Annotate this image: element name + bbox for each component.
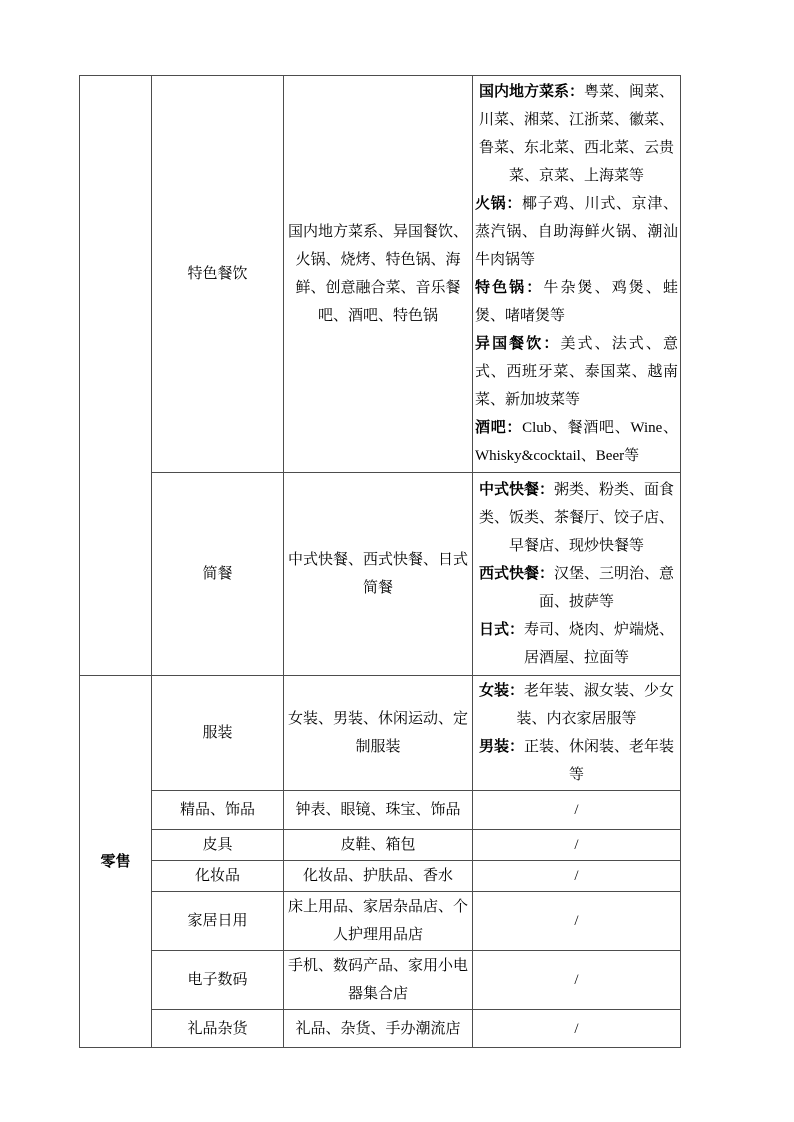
description-cell: 手机、数码产品、家用小电器集合店	[284, 951, 473, 1010]
description-cell: 礼品、杂货、手办潮流店	[284, 1010, 473, 1048]
description-cell: 女装、男装、休闲运动、定制服装	[284, 676, 473, 791]
table-row: 家居日用 床上用品、家居杂品店、个人护理用品店 /	[80, 892, 681, 951]
document-page: 特色餐饮 国内地方菜系、异国餐饮、火锅、烧烤、特色锅、海鲜、创意融合菜、音乐餐吧…	[0, 0, 794, 1122]
details-cell-slash: /	[473, 791, 681, 830]
category-cell: 特色餐饮	[152, 76, 284, 473]
detail-paragraph: 日式：寿司、烧肉、炉端烧、居酒屋、拉面等	[475, 616, 678, 672]
description-cell: 国内地方菜系、异国餐饮、火锅、烧烤、特色锅、海鲜、创意融合菜、音乐餐吧、酒吧、特…	[284, 76, 473, 473]
detail-paragraph: 中式快餐：粥类、粉类、面食类、饭类、茶餐厅、饺子店、早餐店、现炒快餐等	[475, 476, 678, 560]
detail-text: 正装、休闲装、老年装等	[524, 739, 674, 783]
detail-label: 酒吧：	[475, 420, 522, 436]
description-cell: 皮鞋、箱包	[284, 830, 473, 861]
detail-paragraph: 国内地方菜系：粤菜、闽菜、川菜、湘菜、江浙菜、徽菜、鲁菜、东北菜、西北菜、云贵菜…	[475, 78, 678, 190]
category-cell: 家居日用	[152, 892, 284, 951]
detail-paragraph: 酒吧：Club、餐酒吧、Wine、Whisky&cocktail、Beer等	[475, 414, 678, 470]
table-row: 皮具 皮鞋、箱包 /	[80, 830, 681, 861]
category-table: 特色餐饮 国内地方菜系、异国餐饮、火锅、烧烤、特色锅、海鲜、创意融合菜、音乐餐吧…	[79, 75, 681, 1048]
category-cell: 化妆品	[152, 861, 284, 892]
detail-label: 火锅：	[475, 196, 522, 212]
detail-paragraph: 西式快餐：汉堡、三明治、意面、披萨等	[475, 560, 678, 616]
detail-label: 西式快餐：	[479, 566, 554, 582]
detail-label: 国内地方菜系：	[479, 84, 584, 100]
group-cell-retail: 零售	[80, 676, 152, 1048]
table-row: 简餐 中式快餐、西式快餐、日式简餐 中式快餐：粥类、粉类、面食类、饭类、茶餐厅、…	[80, 473, 681, 676]
detail-label: 中式快餐：	[479, 482, 554, 498]
detail-label: 男装：	[479, 739, 524, 755]
table-row: 化妆品 化妆品、护肤品、香水 /	[80, 861, 681, 892]
detail-text: 寿司、烧肉、炉端烧、居酒屋、拉面等	[524, 622, 674, 666]
detail-paragraph: 异国餐饮：美式、法式、意式、西班牙菜、泰国菜、越南菜、新加坡菜等	[475, 330, 678, 414]
description-cell: 钟表、眼镜、珠宝、饰品	[284, 791, 473, 830]
table-row: 特色餐饮 国内地方菜系、异国餐饮、火锅、烧烤、特色锅、海鲜、创意融合菜、音乐餐吧…	[80, 76, 681, 473]
category-cell: 简餐	[152, 473, 284, 676]
group-cell-empty	[80, 76, 152, 676]
details-cell-slash: /	[473, 892, 681, 951]
detail-paragraph: 特色锅：牛杂煲、鸡煲、蛙煲、啫啫煲等	[475, 274, 678, 330]
detail-text: 老年装、淑女装、少女装、内衣家居服等	[516, 683, 674, 727]
detail-label: 特色锅：	[475, 280, 543, 296]
details-cell-slash: /	[473, 830, 681, 861]
category-cell: 皮具	[152, 830, 284, 861]
table-row: 零售 服装 女装、男装、休闲运动、定制服装 女装：老年装、淑女装、少女装、内衣家…	[80, 676, 681, 791]
detail-paragraph: 火锅：椰子鸡、川式、京津、蒸汽锅、自助海鲜火锅、潮汕牛肉锅等	[475, 190, 678, 274]
detail-paragraph: 男装：正装、休闲装、老年装等	[475, 733, 678, 789]
table-row: 精品、饰品 钟表、眼镜、珠宝、饰品 /	[80, 791, 681, 830]
detail-text: 汉堡、三明治、意面、披萨等	[539, 566, 674, 610]
category-cell: 服装	[152, 676, 284, 791]
detail-label: 异国餐饮：	[475, 336, 560, 352]
category-cell: 礼品杂货	[152, 1010, 284, 1048]
details-cell: 女装：老年装、淑女装、少女装、内衣家居服等 男装：正装、休闲装、老年装等	[473, 676, 681, 791]
description-cell: 中式快餐、西式快餐、日式简餐	[284, 473, 473, 676]
details-cell-slash: /	[473, 951, 681, 1010]
table-row: 礼品杂货 礼品、杂货、手办潮流店 /	[80, 1010, 681, 1048]
detail-label: 女装：	[479, 683, 524, 699]
detail-paragraph: 女装：老年装、淑女装、少女装、内衣家居服等	[475, 677, 678, 733]
description-cell: 床上用品、家居杂品店、个人护理用品店	[284, 892, 473, 951]
details-cell-slash: /	[473, 861, 681, 892]
detail-label: 日式：	[479, 622, 524, 638]
details-cell-slash: /	[473, 1010, 681, 1048]
details-cell: 中式快餐：粥类、粉类、面食类、饭类、茶餐厅、饺子店、早餐店、现炒快餐等 西式快餐…	[473, 473, 681, 676]
category-cell: 电子数码	[152, 951, 284, 1010]
category-cell: 精品、饰品	[152, 791, 284, 830]
details-cell: 国内地方菜系：粤菜、闽菜、川菜、湘菜、江浙菜、徽菜、鲁菜、东北菜、西北菜、云贵菜…	[473, 76, 681, 473]
description-cell: 化妆品、护肤品、香水	[284, 861, 473, 892]
table-row: 电子数码 手机、数码产品、家用小电器集合店 /	[80, 951, 681, 1010]
